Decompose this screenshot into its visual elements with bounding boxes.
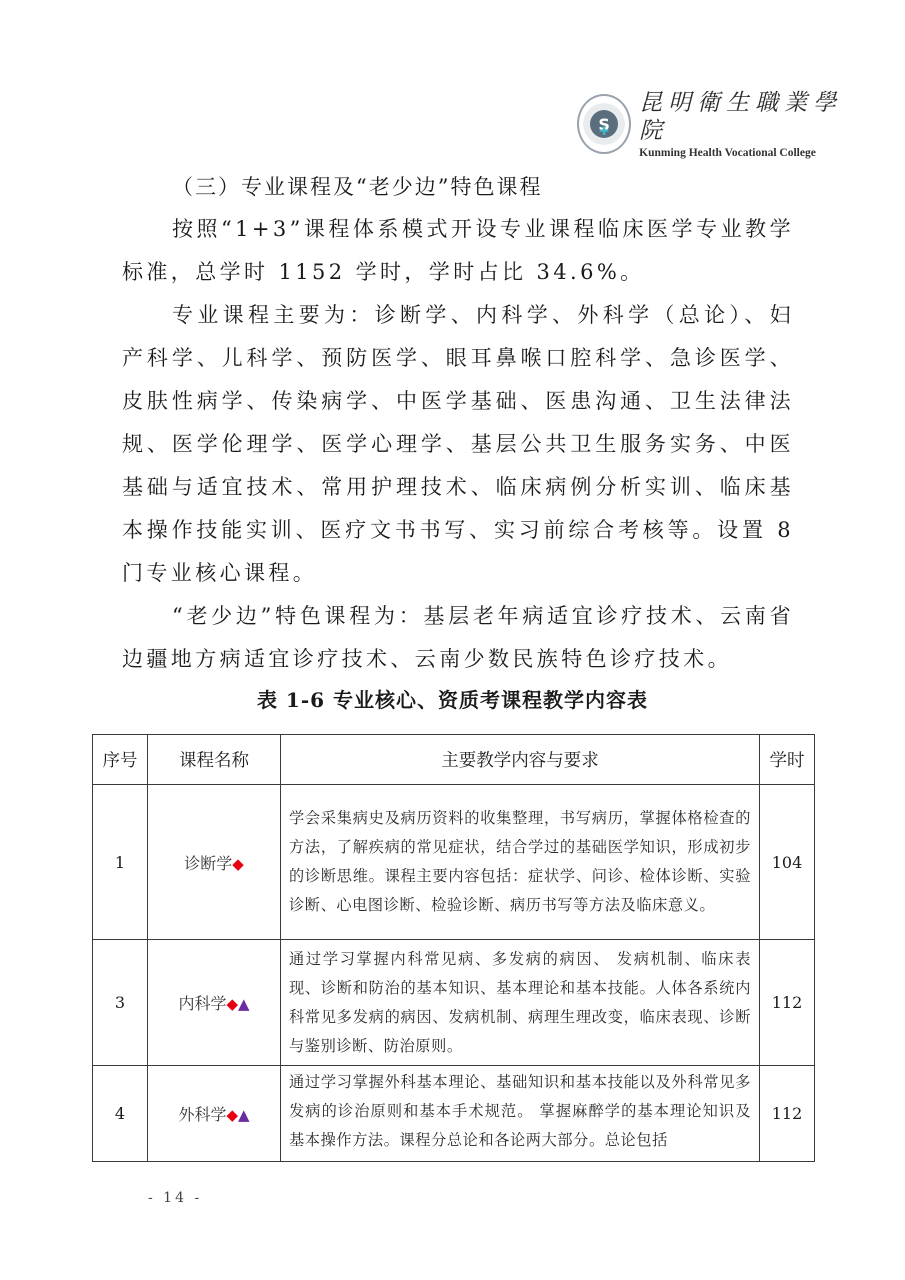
- header-hours: 学时: [760, 735, 815, 785]
- cell-no: 1: [93, 785, 148, 940]
- cell-hours: 112: [760, 940, 815, 1066]
- college-name-cn: 昆明衛生職業學院: [639, 89, 847, 145]
- paragraph-course-system: 按照“1+3”课程体系模式开设专业课程临床医学专业教学标准，总学时 1152 学…: [122, 208, 794, 294]
- core-course-diamond-icon: ◆: [226, 995, 238, 1013]
- core-course-diamond-icon: ◆: [226, 1106, 238, 1124]
- core-course-diamond-icon: ◆: [232, 855, 244, 873]
- header-no: 序号: [93, 735, 148, 785]
- cell-course-name: 内科学◆▲: [148, 940, 281, 1066]
- table-header-row: 序号 课程名称 主要教学内容与要求 学时: [93, 735, 815, 785]
- college-logo: S ✚ 昆明衛生職業學院 Kunming Health Vocational C…: [577, 94, 847, 154]
- cell-course-name: 诊断学◆: [148, 785, 281, 940]
- section-heading: （三）专业课程及“老少边”特色课程: [172, 172, 542, 202]
- cell-course-name: 外科学◆▲: [148, 1066, 281, 1162]
- header-content: 主要教学内容与要求: [281, 735, 760, 785]
- table-caption: 表 1-6 专业核心、资质考课程教学内容表: [0, 684, 905, 713]
- cell-no: 4: [93, 1066, 148, 1162]
- page-number: - 14 -: [148, 1190, 202, 1206]
- table-row: 3 内科学◆▲ 通过学习掌握内科常见病、多发病的病因、 发病机制、临床表现、诊断…: [93, 940, 815, 1066]
- certification-triangle-icon: ▲: [238, 995, 250, 1013]
- table-row: 4 外科学◆▲ 通过学习掌握外科基本理论、基础知识和基本技能以及外科常见多发病的…: [93, 1066, 815, 1162]
- course-name: 外科学: [178, 1105, 226, 1124]
- paragraph-special-courses: “老少边”特色课程为：基层老年病适宜诊疗技术、云南省边疆地方病适宜诊疗技术、云南…: [122, 595, 794, 681]
- cell-content: 通过学习掌握内科常见病、多发病的病因、 发病机制、临床表现、诊断和防治的基本知识…: [281, 940, 760, 1066]
- paragraph-course-list: 专业课程主要为：诊断学、内科学、外科学（总论）、妇产科学、儿科学、预防医学、眼耳…: [122, 294, 794, 595]
- course-name: 诊断学: [184, 854, 232, 873]
- logo-text: 昆明衛生職業學院 Kunming Health Vocational Colle…: [639, 89, 847, 159]
- course-name: 内科学: [178, 994, 226, 1013]
- cell-no: 3: [93, 940, 148, 1066]
- table-row: 1 诊断学◆ 学会采集病史及病历资料的收集整理，书写病历，掌握体格检查的方法，了…: [93, 785, 815, 940]
- college-emblem-icon: S ✚: [577, 94, 631, 154]
- college-name-en: Kunming Health Vocational College: [639, 147, 847, 159]
- emblem-cross-icon: ✚: [599, 124, 609, 138]
- cell-hours: 112: [760, 1066, 815, 1162]
- cell-content: 通过学习掌握外科基本理论、基础知识和基本技能以及外科常见多发病的诊治原则和基本手…: [281, 1066, 760, 1162]
- certification-triangle-icon: ▲: [238, 1106, 250, 1124]
- header-course-name: 课程名称: [148, 735, 281, 785]
- cell-content: 学会采集病史及病历资料的收集整理，书写病历，掌握体格检查的方法，了解疾病的常见症…: [281, 785, 760, 940]
- cell-hours: 104: [760, 785, 815, 940]
- course-content-table: 序号 课程名称 主要教学内容与要求 学时 1 诊断学◆ 学会采集病史及病历资料的…: [92, 734, 815, 1162]
